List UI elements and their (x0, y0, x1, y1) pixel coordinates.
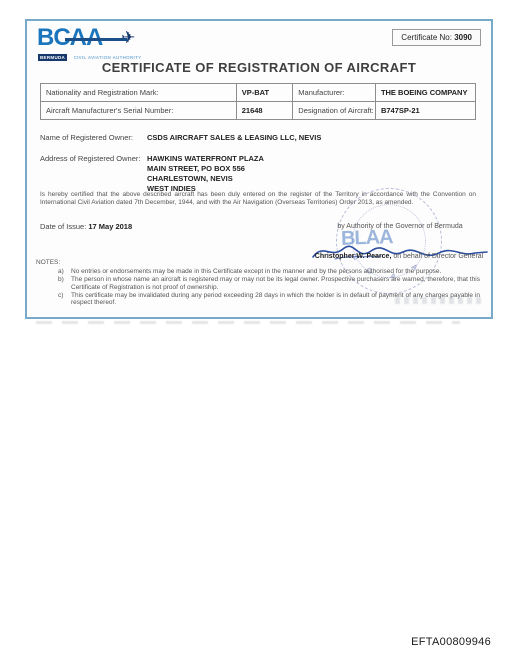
bleed-through-line (36, 321, 460, 324)
date-of-issue-value: 17 May 2018 (88, 222, 132, 231)
list-item: a) No entries or endorsements may be mad… (36, 268, 480, 275)
faint-form-code-marks (395, 297, 481, 304)
aircraft-details-table: Nationality and Registration Mark: VP-BA… (40, 83, 476, 120)
note-id: c) (58, 292, 71, 307)
certificate-number-label: Certificate No: (401, 33, 454, 42)
bcaa-logo: BCAA ✈ BERMUDA CIVIL AVIATION AUTHORITY (37, 27, 167, 59)
certificate-sheet: BCAA ✈ BERMUDA CIVIL AVIATION AUTHORITY … (25, 19, 493, 319)
certificate-title: CERTIFICATE OF REGISTRATION OF AIRCRAFT (27, 60, 491, 75)
note-text: No entries or endorsements may be made i… (71, 268, 480, 275)
note-id: b) (58, 276, 71, 291)
notes-heading: NOTES: (36, 259, 480, 266)
owner-name-label: Name of Registered Owner: (40, 133, 133, 142)
owner-address-value: HAWKINS WATERFRONT PLAZA MAIN STREET, PO… (147, 154, 264, 194)
certificate-number-value: 3090 (454, 33, 472, 42)
note-text: The person in whose name an aircraft is … (71, 276, 480, 291)
manufacturer-label: Manufacturer: (293, 84, 376, 102)
designation-value: B747SP-21 (375, 102, 475, 120)
logo-contrail-line (65, 38, 127, 41)
address-line: HAWKINS WATERFRONT PLAZA (147, 154, 264, 164)
note-id: a) (58, 268, 71, 275)
certificate-number-box: Certificate No: 3090 (392, 29, 481, 46)
table-row: Nationality and Registration Mark: VP-BA… (41, 84, 476, 102)
registration-mark-value: VP-BAT (236, 84, 293, 102)
manufacturer-value: THE BOEING COMPANY (375, 84, 475, 102)
airplane-icon: ✈ (121, 28, 135, 48)
list-item: b) The person in whose name an aircraft … (36, 276, 480, 291)
date-of-issue-label: Date of Issue: (40, 222, 88, 231)
serial-number-value: 21648 (236, 102, 293, 120)
table-row: Aircraft Manufacturer's Serial Number: 2… (41, 102, 476, 120)
exhibit-code: EFTA00809946 (411, 636, 491, 648)
registration-mark-label: Nationality and Registration Mark: (41, 84, 237, 102)
designation-label: Designation of Aircraft: (293, 102, 376, 120)
address-line: CHARLESTOWN, NEVIS (147, 174, 264, 184)
scanned-certificate-page: BCAA ✈ BERMUDA CIVIL AVIATION AUTHORITY … (0, 0, 512, 658)
address-line: MAIN STREET, PO BOX 556 (147, 164, 264, 174)
owner-name-value: CSDS AIRCRAFT SALES & LEASING LLC, NEVIS (147, 133, 321, 142)
owner-address-label: Address of Registered Owner: (40, 154, 140, 163)
serial-number-label: Aircraft Manufacturer's Serial Number: (41, 102, 237, 120)
date-of-issue: Date of Issue: 17 May 2018 (40, 222, 132, 231)
